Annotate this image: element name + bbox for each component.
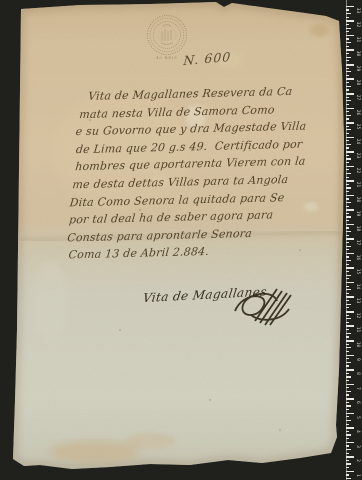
ruler-mark-label: 2 <box>355 456 360 465</box>
ruler-tick <box>346 431 349 432</box>
ruler-tick <box>346 129 351 130</box>
ruler-tick <box>346 398 354 400</box>
document-body: Vita de Magallanes Resevera da Camata ne… <box>65 82 338 265</box>
ruler-tick <box>346 296 354 298</box>
signature-flourish <box>231 281 301 329</box>
ruler-tick <box>346 387 349 388</box>
ruler-tick <box>346 158 351 159</box>
ruler-tick <box>346 17 349 18</box>
ruler-tick <box>346 413 354 415</box>
ruler-tick <box>346 133 349 134</box>
ruler-tick <box>346 93 354 95</box>
ruler-tick <box>346 420 351 421</box>
ruler-tick <box>346 166 354 168</box>
ruler-mark-label: 7 <box>355 384 360 393</box>
ruler-tick <box>346 416 349 417</box>
ruler-tick <box>346 442 354 444</box>
ruler-mark-label: 33 <box>355 6 360 15</box>
ruler-tick <box>346 31 349 32</box>
ruler-mark-label: 27 <box>355 93 360 102</box>
ruler-tick <box>346 24 349 25</box>
ruler-tick <box>346 271 349 272</box>
ruler-tick <box>346 104 349 105</box>
ruler-tick <box>346 249 349 250</box>
ruler-tick <box>346 78 354 80</box>
ruler-tick <box>346 213 349 214</box>
ruler-tick <box>346 336 349 337</box>
ruler-tick <box>346 209 354 211</box>
ruler-tick <box>346 256 349 257</box>
ruler-tick <box>346 471 354 473</box>
ruler-tick <box>346 191 349 192</box>
ruler-tick <box>346 38 349 39</box>
ruler-tick <box>346 402 349 403</box>
ruler-mark-label: 1 <box>355 471 360 480</box>
ruler-tick <box>346 46 349 47</box>
ruler-mark-label: 14 <box>355 282 360 291</box>
ruler-tick <box>346 75 349 76</box>
ruler-tick <box>346 275 351 276</box>
ruler-mark-label: 29 <box>355 64 360 73</box>
ruler-tick <box>346 340 354 342</box>
ruler-tick <box>346 100 351 101</box>
ruler-tick <box>346 198 349 199</box>
manuscript-photo: 40 REIS N. 600 Vita de Magallanes Reseve… <box>0 0 362 480</box>
ruler-tick <box>346 187 351 188</box>
ruler-mark-label: 26 <box>355 108 360 117</box>
ruler-tick <box>346 53 349 54</box>
ruler-tick <box>346 453 349 454</box>
ruler-tick <box>346 238 354 240</box>
ruler-tick <box>346 445 349 446</box>
ruler-tick <box>346 82 349 83</box>
ruler-tick <box>346 173 351 174</box>
ruler-tick <box>346 20 354 22</box>
ruler-tick <box>346 424 349 425</box>
ruler-tick <box>346 384 354 386</box>
ruler-tick <box>346 293 349 294</box>
ruler-tick <box>346 108 354 110</box>
ruler-tick <box>346 333 351 334</box>
ruler-tick <box>346 115 351 116</box>
ruler-tick <box>346 184 349 185</box>
ruler-tick <box>346 49 354 51</box>
ruler-tick <box>346 195 354 197</box>
ruler-tick <box>346 242 349 243</box>
ruler-tick <box>346 180 354 182</box>
ruler-mark-label: 25 <box>355 122 360 131</box>
ruler-mark-label: 12 <box>355 311 360 320</box>
ruler-tick <box>346 216 351 217</box>
ruler-tick <box>346 246 351 247</box>
ruler-tick <box>346 434 351 435</box>
ruler-tick <box>346 42 351 43</box>
ruler-tick <box>346 460 349 461</box>
ruler-tick <box>346 391 351 392</box>
ruler-tick <box>346 438 349 439</box>
ruler-tick <box>346 351 349 352</box>
ruler-tick <box>346 97 349 98</box>
ruler-tick <box>346 282 354 284</box>
ruler-tick <box>346 220 349 221</box>
ruler-tick <box>346 253 354 255</box>
ruler-tick <box>346 235 349 236</box>
ruler-tick <box>346 409 349 410</box>
ruler-mark-label: 20 <box>355 195 360 204</box>
ruler-tick <box>346 122 354 124</box>
ruler-mark-label: 4 <box>355 427 360 436</box>
ruler-mark-label: 18 <box>355 224 360 233</box>
ruler-tick <box>346 147 349 148</box>
ruler: 3332313029282726252423222120191817161514… <box>344 0 362 480</box>
ruler-tick <box>346 71 351 72</box>
ruler-tick <box>346 380 349 381</box>
ruler-tick <box>346 278 349 279</box>
ruler-tick <box>346 427 354 429</box>
ruler-tick <box>346 456 354 458</box>
ruler-tick <box>346 449 351 450</box>
ruler-tick <box>346 140 349 141</box>
ruler-tick <box>346 362 351 363</box>
ruler-tick <box>346 478 351 479</box>
seal-caption: 40 REIS <box>156 56 178 60</box>
ruler-tick <box>346 315 349 316</box>
ruler-tick <box>346 307 349 308</box>
ruler-tick <box>346 329 349 330</box>
ruler-tick <box>346 6 354 8</box>
ruler-tick <box>346 9 349 10</box>
ruler-mark-label: 5 <box>355 413 360 422</box>
ruler-tick <box>346 155 349 156</box>
ruler-tick <box>346 227 349 228</box>
ruler-mark-label: 8 <box>355 369 360 378</box>
ruler-tick <box>346 394 349 395</box>
ruler-tick <box>346 13 351 14</box>
ruler-tick <box>346 144 351 145</box>
ruler-tick <box>346 169 349 170</box>
ruler-mark-label: 6 <box>355 398 360 407</box>
ruler-mark-label: 30 <box>355 49 360 58</box>
ruler-tick <box>346 467 349 468</box>
ruler-tick <box>346 231 351 232</box>
ruler-tick <box>346 365 349 366</box>
ruler-tick <box>346 304 351 305</box>
ruler-tick <box>346 376 351 377</box>
ruler-tick <box>346 264 349 265</box>
ruler-mark-label: 9 <box>355 355 360 364</box>
ruler-tick <box>346 311 354 313</box>
ruler-mark-label: 10 <box>355 340 360 349</box>
ruler-tick <box>346 325 354 327</box>
ruler-mark-label: 23 <box>355 151 360 160</box>
ruler-tick <box>346 126 349 127</box>
ruler-mark-label: 13 <box>355 296 360 305</box>
ruler-tick <box>346 289 351 290</box>
ruler-tick <box>346 405 351 406</box>
ruler-mark-label: 3 <box>355 442 360 451</box>
ruler-mark-label: 31 <box>355 35 360 44</box>
ruler-tick <box>346 463 351 464</box>
ruler-tick <box>346 358 349 359</box>
ruler-tick <box>346 35 354 37</box>
ruler-mark-label: 15 <box>355 267 360 276</box>
ruler-tick <box>346 28 351 29</box>
ruler-tick <box>346 57 351 58</box>
ruler-tick <box>346 474 349 475</box>
ruler-tick <box>346 322 349 323</box>
ruler-mark-label: 19 <box>355 209 360 218</box>
ruler-tick <box>346 118 349 119</box>
ruler-mark-label: 17 <box>355 238 360 247</box>
ruler-tick <box>346 260 351 261</box>
ruler-tick <box>346 318 351 319</box>
ruler-tick <box>346 355 354 357</box>
ruler-tick <box>346 202 351 203</box>
ruler-mark-label: 21 <box>355 180 360 189</box>
ruler-mark-label: 11 <box>355 325 360 334</box>
ruler-tick <box>346 206 349 207</box>
ruler-tick <box>346 60 349 61</box>
ruler-tick <box>346 64 354 66</box>
ruler-tick <box>346 68 349 69</box>
ruler-tick <box>346 137 354 139</box>
ruler-tick <box>346 373 349 374</box>
ruler-tick <box>346 111 349 112</box>
ruler-tick <box>346 344 349 345</box>
ruler-tick <box>346 151 354 153</box>
ruler-mark-label: 24 <box>355 137 360 146</box>
ruler-tick <box>346 369 354 371</box>
ruler-tick <box>346 286 349 287</box>
ruler-tick <box>346 162 349 163</box>
ruler-tick <box>346 177 349 178</box>
ruler-mark-label: 22 <box>355 166 360 175</box>
ruler-mark-label: 28 <box>355 78 360 87</box>
ruler-mark-label: 16 <box>355 253 360 262</box>
ruler-tick <box>346 347 351 348</box>
ruler-tick <box>346 89 349 90</box>
ruler-tick <box>346 300 349 301</box>
ruler-tick <box>346 86 351 87</box>
ruler-tick <box>346 267 354 269</box>
ruler-mark-label: 32 <box>355 20 360 29</box>
ruler-tick <box>346 224 354 226</box>
